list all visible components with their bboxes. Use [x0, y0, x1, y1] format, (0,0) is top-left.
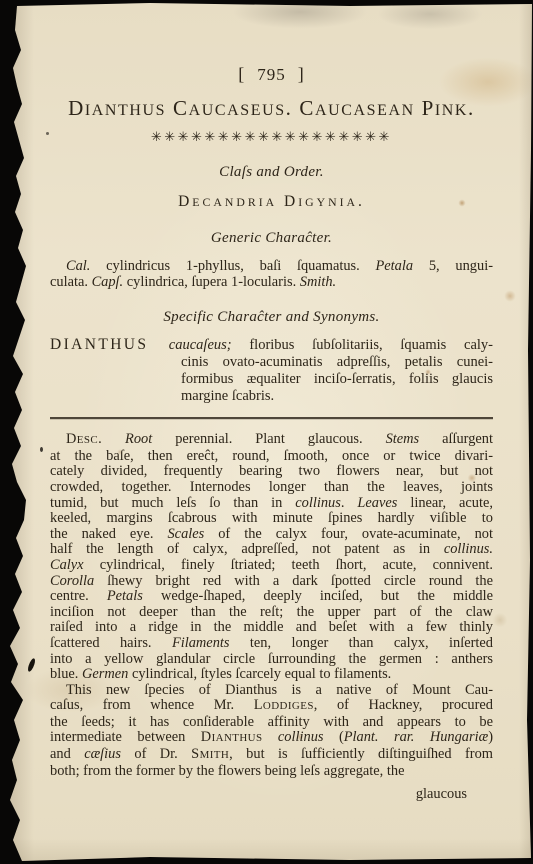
- text-segment: Germen: [82, 666, 128, 682]
- smallcap-letter: U: [202, 102, 215, 119]
- text-segment: ſcattered hairs.: [50, 635, 172, 651]
- text-segment: Stems: [386, 431, 420, 447]
- text-segment: SMITH: [191, 746, 229, 762]
- class-and-order-value: DECANDRIA DIGYNIA.: [50, 193, 493, 211]
- text-line: half the length of calyx, adpreſſed, not…: [50, 542, 493, 558]
- smallcap-letter: I: [85, 102, 92, 119]
- text-segment: margine ſcabris.: [181, 388, 274, 404]
- smallcap-letter: E: [377, 102, 388, 119]
- text-segment: DIANTHUS CAUCASEUS.: [68, 96, 292, 120]
- smallcap-letter: A: [315, 102, 328, 119]
- text-segment: cylindricus 1-phyllus, baſi ſquamatus.: [90, 258, 375, 274]
- text-segment: LODDIGES: [254, 697, 314, 713]
- generic-character-text: Cal. cylindricus 1-phyllus, baſi ſquamat…: [50, 259, 493, 290]
- text-segment: collinus: [278, 729, 324, 745]
- text-line: cinis ovato-acuminatis adpreſſis, petali…: [181, 354, 493, 371]
- smallcap-letter: Y: [317, 196, 329, 209]
- text-segment: [262, 729, 277, 745]
- text-segment: half the length of calyx, adpreſſed, not…: [50, 541, 444, 557]
- text-line: centre. Petals wedge-ſhaped, deeply inci…: [50, 589, 493, 605]
- smallcap-letter: D: [280, 700, 288, 712]
- text-line: ſcattered hairs. Filaments ten, longer t…: [50, 636, 493, 652]
- text-segment: Leaves: [357, 495, 397, 511]
- smallcap-letter: N: [105, 102, 118, 119]
- smallcap-letter: S: [367, 102, 377, 119]
- text-segment: collinus: [295, 495, 341, 511]
- description-paragraph-1: DESC. Root perennial. Plant glaucous. St…: [50, 432, 493, 683]
- text-segment: blue.: [50, 666, 82, 682]
- text-segment: keeled, margins ſcabrous with minute ſpi…: [50, 510, 493, 526]
- text-segment: This new ſpecies of Dianthus is a native…: [66, 682, 493, 698]
- text-segment: ): [488, 729, 493, 745]
- text-segment: into a yellow glandular circle ſurroundi…: [50, 651, 493, 667]
- section-divider-rule: [50, 417, 493, 419]
- text-segment: Petala: [376, 258, 414, 274]
- page-content: [795] DIANTHUS CAUCASEUS. CAUCASEAN PINK…: [50, 56, 493, 803]
- smallcap-letter: N: [224, 732, 232, 744]
- text-line: blue. Germen cylindrical, ſtyles ſcarcel…: [50, 667, 493, 683]
- text-segment: cæſius: [84, 746, 121, 762]
- text-line: DESC. Root perennial. Plant glaucous. St…: [50, 432, 493, 449]
- text-line: crowded, together. Internodes longer tha…: [50, 480, 493, 496]
- smallcap-letter: A: [92, 102, 105, 119]
- text-segment: caſus, from whence Mr.: [50, 697, 254, 713]
- text-segment: , but is ſufficiently diſtinguiſhed from: [229, 746, 493, 762]
- text-line: culata. Capſ. cylindrica, ſupera 1-locul…: [50, 275, 493, 291]
- text-segment: , of Hackney, procured: [314, 697, 493, 713]
- text-segment: Petals: [107, 588, 143, 604]
- text-segment: 5, ungui-: [413, 258, 493, 274]
- class-and-order-heading: Claſs and Order.: [50, 164, 493, 181]
- text-segment: Corolla: [50, 573, 94, 589]
- smallcap-letter: S: [240, 102, 250, 119]
- text-line: margine ſcabris.: [181, 388, 493, 405]
- smallcap-letter: D: [236, 196, 248, 209]
- page-number-close-bracket: ]: [298, 64, 305, 84]
- smallcap-letter: A: [189, 102, 202, 119]
- text-segment: cylindrical, finely ſtriated; teeth ſhor…: [84, 557, 493, 573]
- smallcap-letter: U: [248, 732, 256, 744]
- text-line: inciſion not deeper than the reſt; the u…: [50, 605, 493, 621]
- text-segment: of Dr.: [121, 746, 191, 762]
- smallcap-letter: N: [442, 102, 455, 119]
- ink-speck: [40, 447, 43, 452]
- smallcap-letter: E: [77, 434, 84, 446]
- text-segment: collinus.: [444, 541, 493, 557]
- smallcap-letter: A: [266, 196, 278, 209]
- text-segment: Root: [125, 431, 152, 447]
- smallcap-letter: U: [262, 102, 275, 119]
- text-segment: DIANTHUS: [201, 729, 263, 745]
- text-line: DIANTHUS caucaſeus; floribus ſubſolitari…: [50, 336, 493, 354]
- text-segment: Calyx: [50, 557, 84, 573]
- page-title: DIANTHUS CAUCASEUS. CAUCASEAN PINK.: [50, 96, 493, 121]
- text-line: into a yellow glandular circle ſurroundi…: [50, 652, 493, 668]
- text-line: caſus, from whence Mr. LODDIGES, of Hack…: [50, 698, 493, 715]
- text-segment: .: [341, 495, 358, 511]
- smallcap-letter: C: [341, 102, 353, 119]
- page-number: [795]: [50, 64, 493, 85]
- text-line: cately divided, frequently bearing two f…: [50, 464, 493, 480]
- generic-character-heading: Generic Charaĉter.: [50, 230, 493, 247]
- smallcap-letter: A: [354, 102, 367, 119]
- smallcap-letter: U: [143, 102, 156, 119]
- smallcap-letter: A: [388, 102, 401, 119]
- text-segment: of the calyx four, ovate-acuminate, not: [204, 526, 493, 542]
- smallcap-letter: H: [239, 732, 247, 744]
- text-segment: cylindrica, ſupera 1-locularis.: [123, 274, 300, 290]
- smallcap-letter: E: [192, 196, 202, 209]
- smallcap-letter: I: [435, 102, 442, 119]
- text-segment: Plant. rar. Hungariæ: [344, 729, 488, 745]
- text-segment: Capſ.: [92, 274, 124, 290]
- catchword: glaucous: [50, 786, 493, 803]
- text-segment: linear, acute,: [397, 495, 493, 511]
- smallcap-letter: C: [215, 102, 227, 119]
- text-segment: DIANTHUS: [50, 336, 169, 353]
- text-segment: Cal.: [66, 258, 90, 274]
- text-line: Cal. cylindricus 1-phyllus, baſi ſquamat…: [50, 259, 493, 275]
- text-line: tumid, but much leſs ſo than in collinus…: [50, 496, 493, 512]
- smallcap-letter: R: [248, 196, 259, 209]
- text-line: Calyx cylindrical, finely ſtriated; teet…: [50, 558, 493, 574]
- text-segment: cylindrical, ſtyles ſcarcely equal to fi…: [128, 666, 391, 682]
- page-number-open-bracket: [: [238, 64, 245, 84]
- text-segment: floribus ſubſolitariis, ſquamis caly-: [232, 337, 493, 353]
- ornament-row: ✳✳✳✳✳✳✳✳✳✳✳✳✳✳✳✳✳✳: [50, 130, 493, 145]
- text-segment: wedge-ſhaped, deeply inciſed, but the mi…: [143, 588, 493, 604]
- text-segment: and: [50, 746, 84, 762]
- text-line: Corolla ſhewy bright red with a dark ſpo…: [50, 574, 493, 590]
- smallcap-letter: A: [216, 732, 224, 744]
- text-segment: Filaments: [172, 635, 230, 651]
- smallcap-letter: A: [227, 102, 240, 119]
- text-segment: at the baſe, then ereĉt, round, ſmooth, …: [50, 448, 493, 464]
- text-segment: aſſurgent: [419, 431, 493, 447]
- ink-speck: [46, 132, 49, 135]
- text-segment: both; from the former by the flowers bei…: [50, 763, 404, 779]
- text-segment: DESC.: [66, 431, 102, 447]
- text-segment: cately divided, frequently bearing two f…: [50, 463, 493, 479]
- smallcap-letter: G: [292, 700, 300, 712]
- text-line: formibus æqualiter inciſo-ſerratis, foli…: [181, 371, 493, 388]
- smallcap-letter: T: [118, 102, 129, 119]
- text-line: at the baſe, then ereĉt, round, ſmooth, …: [50, 449, 493, 465]
- text-segment: centre.: [50, 588, 107, 604]
- text-line: keeled, margins ſcabrous with minute ſpi…: [50, 511, 493, 527]
- page-number-value: 795: [257, 65, 286, 84]
- smallcap-letter: D: [271, 700, 279, 712]
- text-segment: CAUCASEAN PINK.: [293, 96, 475, 120]
- smallcap-letter: E: [251, 102, 262, 119]
- smallcap-letter: S: [156, 102, 166, 119]
- smallcap-letter: I: [340, 196, 347, 209]
- text-segment: tumid, but much leſs ſo than in: [50, 495, 295, 511]
- text-segment: culata.: [50, 274, 92, 290]
- text-segment: Smith.: [300, 274, 336, 290]
- smallcap-letter: N: [402, 102, 415, 119]
- smallcap-letter: C: [90, 434, 98, 446]
- smallcap-letter: M: [200, 749, 210, 761]
- text-segment: Scales: [167, 526, 204, 542]
- text-segment: cinis ovato-acuminatis adpreſſis, petali…: [181, 354, 493, 370]
- smallcap-letter: H: [129, 102, 142, 119]
- text-segment: the naked eye.: [50, 526, 167, 542]
- smallcap-letter: H: [221, 749, 229, 761]
- specific-character-text: DIANTHUS caucaſeus; floribus ſubſolitari…: [50, 336, 493, 405]
- specific-character-heading: Specific Charaĉter and Synonyms.: [50, 309, 493, 326]
- smallcap-letter: U: [328, 102, 341, 119]
- smallcap-letter: K: [455, 102, 468, 119]
- text-segment: caucaſeus;: [169, 337, 232, 353]
- text-segment: DECANDRIA DIGYNIA.: [178, 193, 365, 210]
- text-segment: perennial. Plant glaucous.: [152, 431, 385, 447]
- smallcap-letter: A: [213, 196, 225, 209]
- smallcap-letter: S: [275, 102, 285, 119]
- text-segment: formibus æqualiter inciſo-ſerratis, foli…: [181, 371, 493, 387]
- text-segment: inciſion not deeper than the reſt; the u…: [50, 604, 493, 620]
- text-line: the naked eye. Scales of the calyx four,…: [50, 527, 493, 543]
- smallcap-letter: N: [225, 196, 237, 209]
- text-segment: ſhewy bright red with a dark ſpotted cir…: [94, 573, 493, 589]
- smallcap-letter: C: [202, 196, 213, 209]
- smallcap-letter: I: [259, 196, 266, 209]
- text-line: raiſed into a ridge in the middle and be…: [50, 620, 493, 636]
- description-paragraph-2: This new ſpecies of Dianthus is a native…: [50, 683, 493, 780]
- text-segment: raiſed into a ridge in the middle and be…: [50, 619, 493, 635]
- smallcap-letter: G: [305, 196, 317, 209]
- text-segment: the ſeeds; it has conſiderable affinity …: [50, 714, 493, 730]
- text-line: This new ſpecies of Dianthus is a native…: [50, 683, 493, 699]
- smallcap-letter: N: [328, 196, 340, 209]
- text-line: both; from the former by the flowers bei…: [50, 764, 493, 780]
- text-segment: (: [324, 729, 344, 745]
- text-segment: [102, 431, 125, 447]
- text-line: intermediate between DIANTHUS collinus (…: [50, 730, 493, 747]
- smallcap-letter: A: [347, 196, 359, 209]
- text-segment: crowded, together. Internodes longer tha…: [50, 479, 493, 495]
- text-segment: intermediate between: [50, 729, 201, 745]
- text-segment: ten, longer than calyx, inſerted: [230, 635, 494, 651]
- text-line: and cæſius of Dr. SMITH, but is ſufficie…: [50, 747, 493, 764]
- text-line: the ſeeds; it has conſiderable affinity …: [50, 715, 493, 731]
- smallcap-letter: T: [214, 749, 221, 761]
- smallcap-letter: O: [263, 700, 271, 712]
